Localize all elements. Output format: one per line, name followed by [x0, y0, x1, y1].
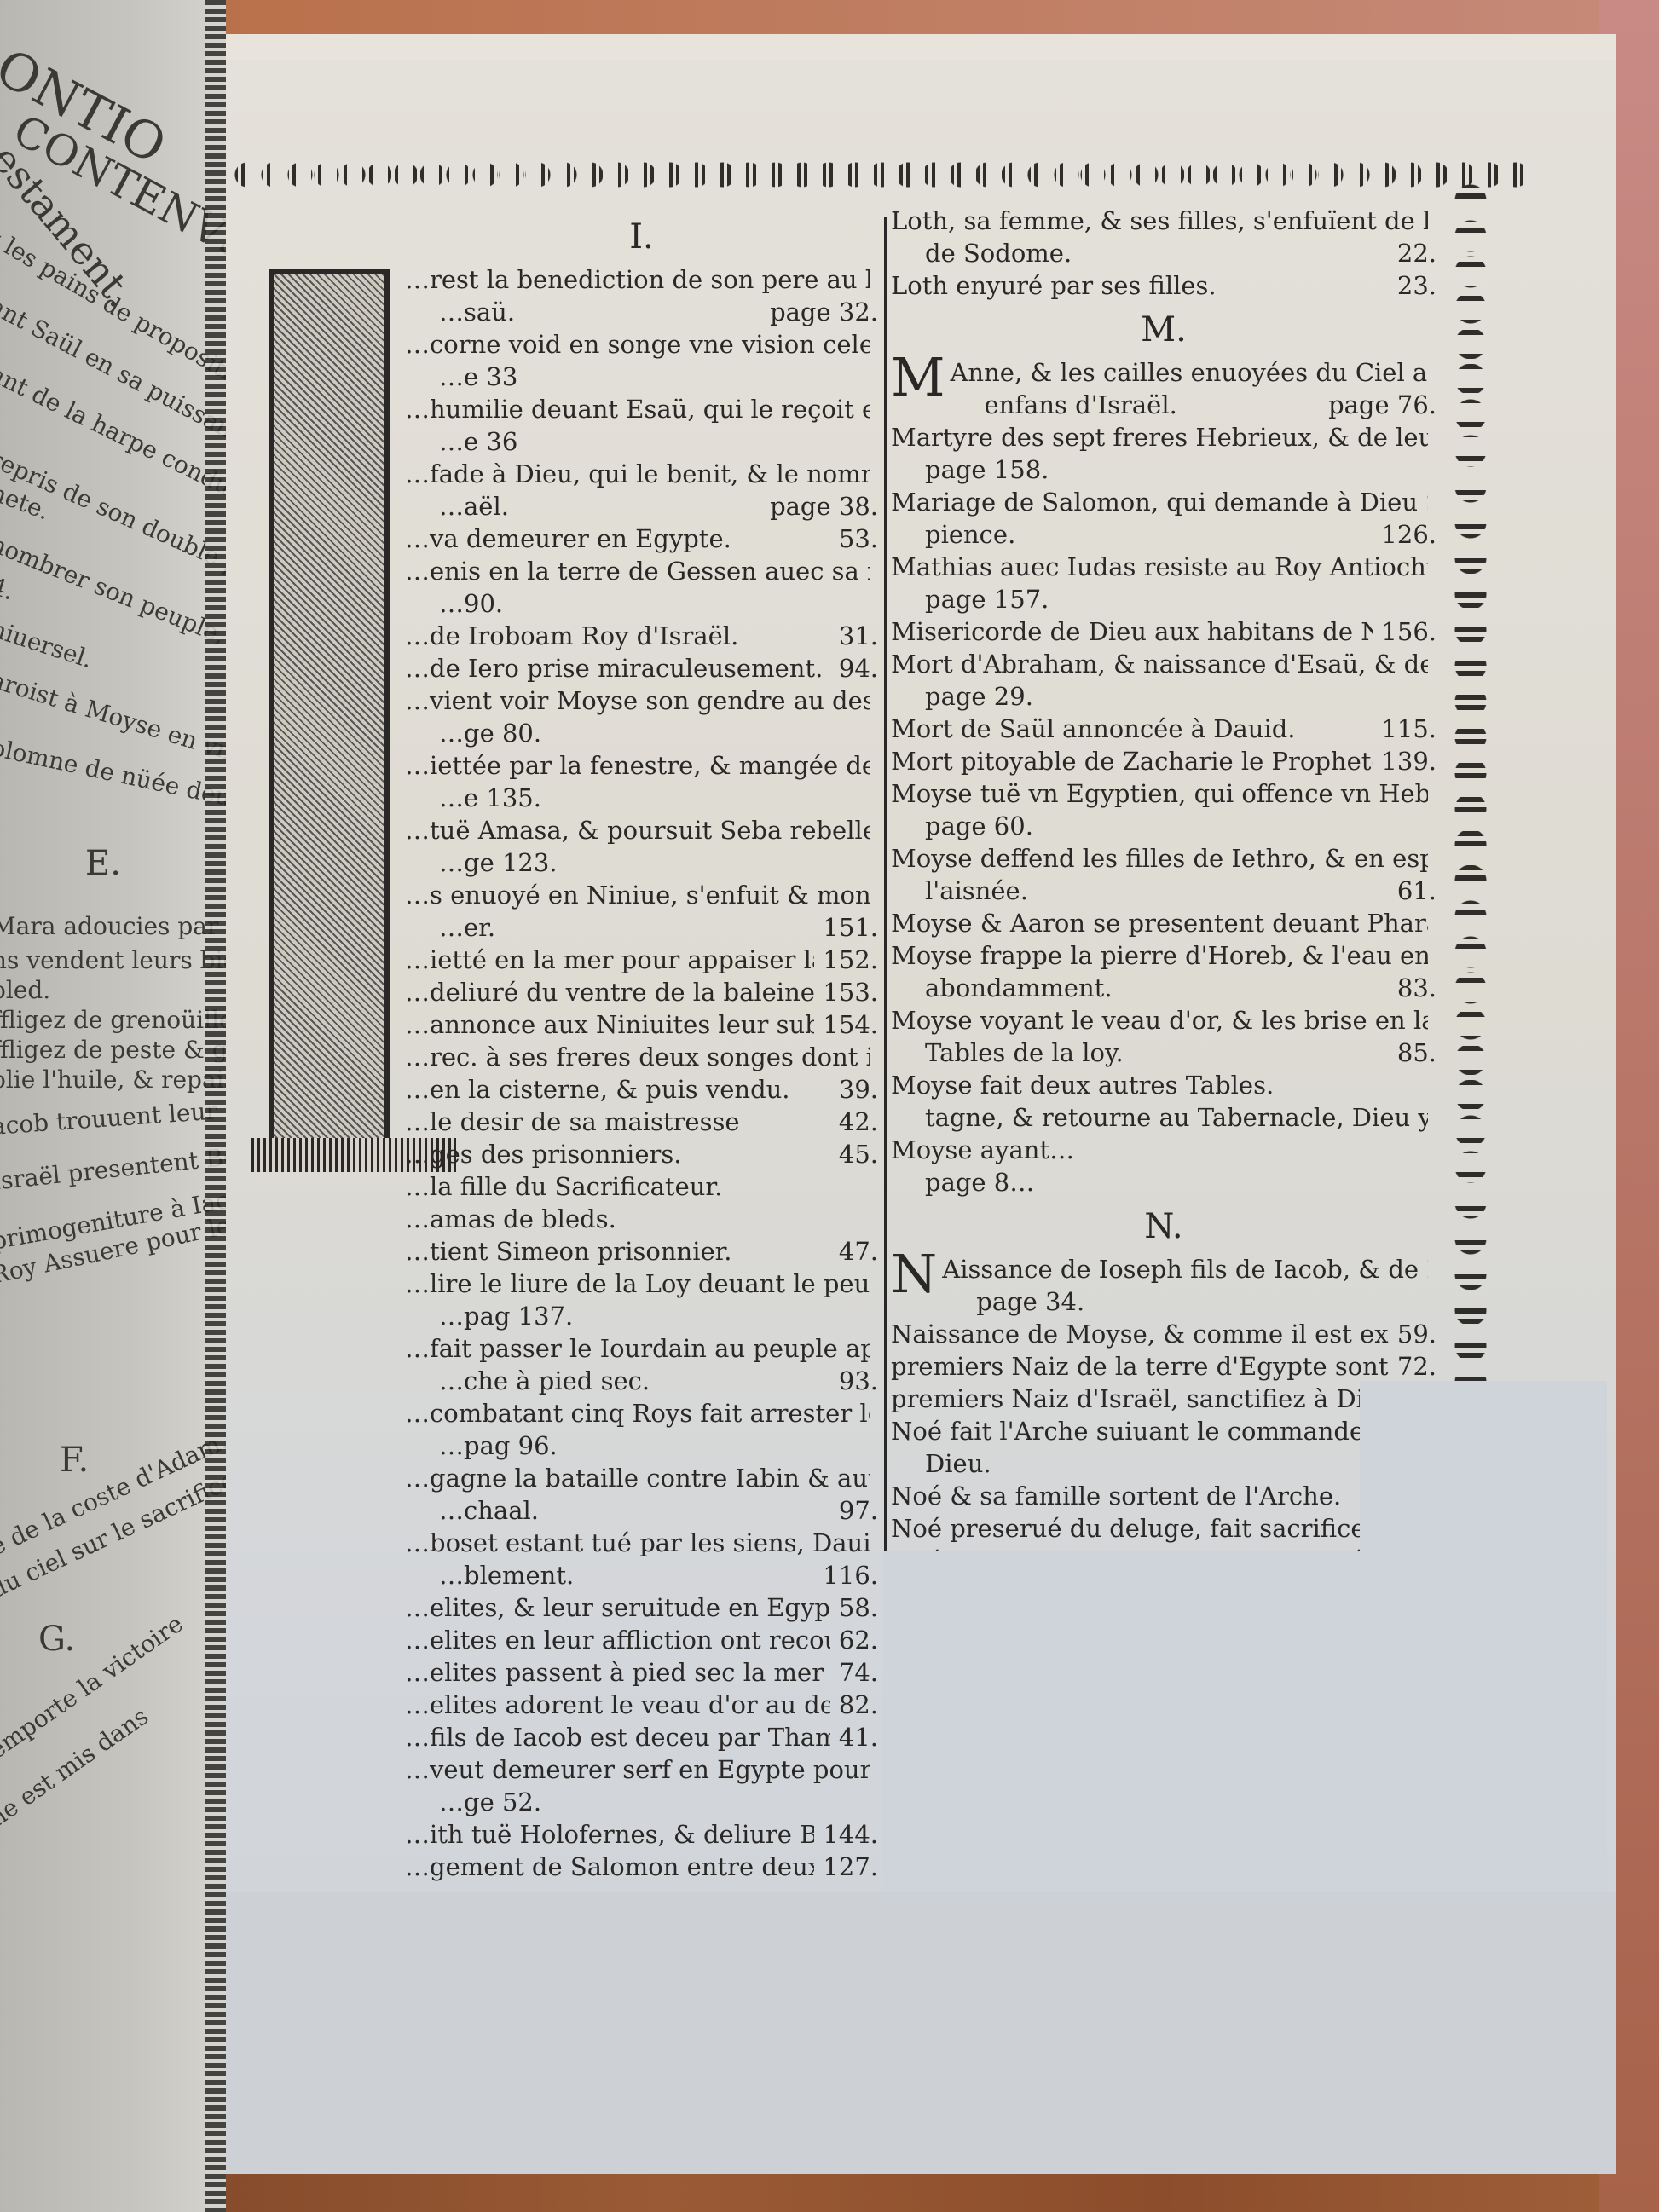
index-entry: Moyse voyant le veau d'or, & les brise e…: [891, 1004, 1436, 1037]
entry-text: …e 36: [439, 425, 517, 458]
entry-text: Martyre des sept freres Hebrieux, & de l…: [891, 421, 1428, 453]
index-entry: …saü.page 32.: [405, 296, 878, 328]
entry-page-number: page 32.: [761, 296, 878, 328]
index-entry: …ges des prisonniers.45.: [405, 1138, 878, 1170]
entry-text: …de Iero prise miraculeusement.: [405, 652, 823, 684]
entry-text: Dieu.: [925, 1447, 991, 1480]
entry-page-number: 144.: [814, 1818, 878, 1851]
entry-page-number: 152.: [814, 944, 878, 976]
index-entry: …elites passent à pied sec la mer rouge.…: [405, 1656, 878, 1689]
entry-text: page 34.: [976, 1285, 1084, 1318]
column-i: I. …rest la benediction de son pere au l…: [405, 209, 878, 1951]
index-entry: Moyse & Aaron se presentent deuant Phara…: [891, 907, 1436, 939]
index-entry: de Sodome.22.: [891, 237, 1436, 269]
index-entry: Moyse fait deux autres Tables.: [891, 1069, 1436, 1101]
index-entry: …elites adorent le veau d'or au desert.8…: [405, 1689, 878, 1721]
index-entry: …enis en la terre de Gessen auec sa fami…: [405, 555, 878, 587]
entry-page-number: [870, 814, 878, 846]
entry-page-number: 22.: [1389, 237, 1436, 269]
entry-page-number: [1428, 356, 1436, 389]
page-top-edge: [226, 34, 1616, 60]
index-entry: …veut demeurer serf en Egypte pour Benja…: [405, 1753, 878, 1786]
index-entry: …elites en leur affliction ont recours à…: [405, 1624, 878, 1656]
entry-page-number: [1428, 939, 1436, 972]
entry-page-number: 153.: [814, 976, 878, 1008]
entry-page-number: page 38.: [761, 490, 878, 523]
left-line: oled.: [0, 976, 50, 1004]
index-entry: …de Iroboam Roy d'Israël.31.: [405, 620, 878, 652]
entry-text: premiers Naiz de la terre d'Egypte sont …: [891, 1350, 1389, 1383]
entry-text: …fils de Iacob est deceu par Thamar.: [405, 1721, 830, 1753]
entry-text: …fait passer le Iourdain au peuple apres…: [405, 1332, 870, 1365]
entry-text: …enis en la terre de Gessen auec sa fami…: [405, 555, 870, 587]
entry-text: …boset estant tué par les siens, Dauid r…: [405, 1527, 870, 1559]
entry-page-number: [870, 555, 878, 587]
entry-page-number: page 76.: [1320, 389, 1436, 421]
entry-page-number: [1428, 907, 1436, 939]
section-m: M Anne, & les cailles enuoyées du Ciel a…: [891, 356, 1436, 1198]
entry-page-number: 83.: [1389, 972, 1436, 1004]
entry-text: Moyse voyant le veau d'or, & les brise e…: [891, 1004, 1428, 1037]
index-entry: Mort pitoyable de Zacharie le Prophete.1…: [891, 745, 1436, 777]
entry-page-number: [1428, 777, 1436, 810]
index-entry: …e 36: [405, 425, 878, 458]
index-entry: …gagne la bataille contre Iabin & autres…: [405, 1462, 878, 1494]
repair-paper-bottom: [226, 1892, 1616, 2174]
entry-page-number: [1428, 421, 1436, 453]
index-entry: …ge 123.: [405, 846, 878, 879]
index-entry: …che à pied sec.93.: [405, 1365, 878, 1397]
entry-text: premiers Naiz d'Israël, sanctifiez à Die…: [891, 1383, 1389, 1415]
entry-text: page 157.: [925, 583, 1049, 615]
entry-text: …va demeurer en Egypte.: [405, 523, 731, 555]
column-i-entries: …rest la benediction de son pere au lieu…: [405, 263, 878, 1883]
entry-page-number: [1428, 486, 1436, 518]
entry-text: page 8…: [925, 1166, 1034, 1198]
entry-page-number: [870, 263, 878, 296]
entry-text: …s enuoyé en Niniue, s'enfuit & monte su…: [405, 879, 870, 911]
index-entry: Tables de la loy.85.: [891, 1037, 1436, 1069]
entry-page-number: [1428, 1101, 1436, 1134]
entry-text: …tuë Amasa, & poursuit Seba rebelle au R…: [405, 814, 870, 846]
left-facing-page: ONTIO CONTENVS estament. t les pains de …: [0, 0, 226, 2212]
entry-page-number: [870, 1300, 878, 1332]
entry-text: …de Iroboam Roy d'Israël.: [405, 620, 738, 652]
index-entry: page 157.: [891, 583, 1436, 615]
left-page-ornamental-border: [205, 0, 226, 2212]
entry-text: …90.: [439, 587, 503, 620]
section-heading-n: N.: [891, 1210, 1436, 1243]
entry-page-number: 156.: [1373, 615, 1436, 648]
index-entry: …corne void en songe vne vision celeste.: [405, 328, 878, 361]
left-section-letter-f: F.: [60, 1441, 89, 1480]
entry-page-number: [1428, 1004, 1436, 1037]
entry-page-number: [870, 361, 878, 393]
entry-page-number: 41.: [830, 1721, 878, 1753]
index-page: I. …rest la benediction de son pere au l…: [226, 34, 1616, 2174]
index-entry: Noé fait l'Arche suiuant le commandement…: [891, 1415, 1436, 1447]
index-entry: Martyre des sept freres Hebrieux, & de l…: [891, 421, 1436, 453]
index-entry: Moyse frappe la pierre d'Horeb, & l'eau …: [891, 939, 1436, 972]
entry-text: …vient voir Moyse son gendre au desert.: [405, 684, 870, 717]
woodcut-illustration: [269, 269, 390, 1148]
entry-text: …ge 123.: [439, 846, 558, 879]
index-entry: …tient Simeon prisonnier.47.: [405, 1235, 878, 1268]
entry-text: Moyse fait deux autres Tables.: [891, 1069, 1274, 1101]
entry-page-number: [870, 717, 878, 749]
index-entry: Aissance de Ioseph fils de Iacob, & de R…: [942, 1253, 1436, 1285]
index-entry: …fils de Iacob est deceu par Thamar.41.: [405, 1721, 878, 1753]
entry-text: …veut demeurer serf en Egypte pour Benja…: [405, 1753, 870, 1786]
index-entry: Mathias auec Iudas resiste au Roy Antioc…: [891, 551, 1436, 583]
entry-text: …pag 96.: [439, 1429, 558, 1462]
entry-text: Misericorde de Dieu aux habitans de Nini…: [891, 615, 1373, 648]
entry-text: …rest la benediction de son pere au lieu: [405, 263, 870, 296]
left-line: 4.: [0, 572, 18, 606]
repair-paper-patch: [882, 1551, 1607, 1909]
entry-text: …e 33: [439, 361, 517, 393]
dropcap-m: M: [891, 356, 945, 399]
index-entry: …e 33: [405, 361, 878, 393]
entry-page-number: [1428, 1134, 1436, 1166]
entry-text: …lire le liure de la Loy deuant le peupl…: [405, 1268, 870, 1300]
entry-page-number: 58.: [830, 1591, 878, 1624]
index-entry: tagne, & retourne au Tabernacle, Dieu y …: [891, 1101, 1436, 1134]
entry-page-number: [1428, 551, 1436, 583]
index-entry: …va demeurer en Egypte.53.: [405, 523, 878, 555]
entry-text: …blement.: [439, 1559, 574, 1591]
left-line: Mara adoucies par Moyse.: [0, 912, 226, 940]
index-entry: …rec. à ses freres deux songes dont ils …: [405, 1041, 878, 1073]
entry-text: page 60.: [925, 810, 1033, 842]
entry-page-number: 97.: [830, 1494, 878, 1527]
entry-text: …annonce aux Niniuites leur subuersion.: [405, 1008, 814, 1041]
index-entry: Mort d'Abraham, & naissance d'Esaü, & de…: [891, 648, 1436, 680]
index-entry: Loth, sa femme, & ses filles, s'enfuïent…: [891, 205, 1436, 237]
index-entry: …fait passer le Iourdain au peuple apres…: [405, 1332, 878, 1365]
entry-text: …er.: [439, 911, 495, 944]
index-entry: …en la cisterne, & puis vendu.39.: [405, 1073, 878, 1106]
entry-page-number: 85.: [1389, 1037, 1436, 1069]
entry-text: Anne, & les cailles enuoyées du Ciel aux: [950, 356, 1428, 389]
entry-text: …ge 52.: [439, 1786, 541, 1818]
left-line: niuersel.: [0, 615, 96, 674]
entry-text: de Sodome.: [925, 237, 1072, 269]
entry-page-number: 31.: [830, 620, 878, 652]
entry-text: …elites adorent le veau d'or au desert.: [405, 1689, 830, 1721]
entry-text: …ge 80.: [439, 717, 541, 749]
index-entry: …90.: [405, 587, 878, 620]
entry-page-number: [1428, 842, 1436, 875]
entry-text: Mort de Saül annoncée à Dauid.: [891, 713, 1296, 745]
entry-page-number: [870, 1203, 878, 1235]
repair-paper-patch: [1360, 1381, 1607, 1568]
entry-text: …chaal.: [439, 1494, 539, 1527]
entry-page-number: [870, 1462, 878, 1494]
entry-text: Noé preserué du deluge, fait sacrifice à…: [891, 1512, 1389, 1545]
column-m-entries: Anne, & les cailles enuoyées du Ciel aux…: [891, 356, 1436, 1198]
index-entry: …gement de Salomon entre deux paillardes…: [405, 1851, 878, 1883]
entry-text: …elites en leur affliction ont recours à…: [405, 1624, 830, 1656]
entry-text: …fade à Dieu, qui le benit, & le nomme: [405, 458, 870, 490]
index-entry: …ietté en la mer pour appaiser la tempes…: [405, 944, 878, 976]
index-entry: …le desir de sa maistresse42.: [405, 1106, 878, 1138]
index-entry: …aël.page 38.: [405, 490, 878, 523]
entry-page-number: 23.: [1389, 269, 1436, 302]
entry-page-number: 115.: [1373, 713, 1436, 745]
index-entry: page 158.: [891, 453, 1436, 486]
entry-text: …tient Simeon prisonnier.: [405, 1235, 732, 1268]
entry-text: tagne, & retourne au Tabernacle, Dieu y …: [925, 1101, 1428, 1134]
entry-text: …aël.: [439, 490, 509, 523]
index-entry: abondamment.83.: [891, 972, 1436, 1004]
index-entry: Mariage de Salomon, qui demande à Dieu S…: [891, 486, 1436, 518]
entry-text: …en la cisterne, & puis vendu.: [405, 1073, 790, 1106]
index-entry: page 8…: [891, 1166, 1436, 1198]
entry-page-number: [870, 1041, 878, 1073]
entry-page-number: [870, 458, 878, 490]
index-entry: Misericorde de Dieu aux habitans de Nini…: [891, 615, 1436, 648]
entry-text: …deliuré du ventre de la baleine: [405, 976, 814, 1008]
entry-page-number: [1428, 1069, 1436, 1101]
left-section-letter-e: E.: [85, 844, 121, 883]
index-entry: …deliuré du ventre de la baleine153.: [405, 976, 878, 1008]
entry-page-number: [1428, 680, 1436, 713]
section-heading-m: M.: [891, 314, 1436, 346]
entry-text: Naissance de Moyse, & comme il est expos…: [891, 1318, 1389, 1350]
entry-page-number: [1428, 583, 1436, 615]
entry-page-number: [870, 846, 878, 879]
entry-page-number: [1428, 810, 1436, 842]
entry-page-number: 61.: [1389, 875, 1436, 907]
index-entry: …pag 137.: [405, 1300, 878, 1332]
entry-text: …ietté en la mer pour appaiser la tempes…: [405, 944, 814, 976]
entry-page-number: [1428, 648, 1436, 680]
left-line: ffligez de grenoüilles.: [0, 1006, 226, 1034]
entry-text: Noé & sa famille sortent de l'Arche.: [891, 1480, 1341, 1512]
entry-page-number: 45.: [830, 1138, 878, 1170]
entry-page-number: 154.: [814, 1008, 878, 1041]
index-entry: …vient voir Moyse son gendre au desert.: [405, 684, 878, 717]
entry-text: …humilie deuant Esaü, qui le reçoit en g…: [405, 393, 870, 425]
entry-text: enfans d'Israël.: [984, 389, 1176, 421]
left-line: olie l'huile, & repaist plusieurs: [0, 1066, 226, 1094]
entry-page-number: 126.: [1373, 518, 1436, 551]
index-entry: Anne, & les cailles enuoyées du Ciel aux: [950, 356, 1436, 389]
left-line: acob trouuent leur argent dans: [0, 1086, 226, 1141]
entry-text: page 158.: [925, 453, 1049, 486]
entry-text: Moyse deffend les filles de Iethro, & en…: [891, 842, 1428, 875]
entry-page-number: [1428, 205, 1436, 237]
entry-text: Mort d'Abraham, & naissance d'Esaü, & de…: [891, 648, 1428, 680]
entry-text: …la fille du Sacrificateur.: [405, 1170, 722, 1203]
left-line: ns vendent leurs biens au Roy: [0, 946, 226, 974]
entry-text: pience.: [925, 518, 1015, 551]
entry-text: Loth, sa femme, & ses filles, s'enfuïent…: [891, 205, 1428, 237]
index-entry: pience.126.: [891, 518, 1436, 551]
index-entry: enfans d'Israël.page 76.: [950, 389, 1436, 421]
entry-page-number: 59.: [1389, 1318, 1436, 1350]
index-entry: …pag 96.: [405, 1429, 878, 1462]
entry-page-number: 139.: [1373, 745, 1436, 777]
entry-page-number: [870, 1170, 878, 1203]
entry-page-number: [870, 684, 878, 717]
entry-text: Tables de la loy.: [925, 1037, 1124, 1069]
entry-page-number: 62.: [830, 1624, 878, 1656]
entry-page-number: 151.: [814, 911, 878, 944]
index-entry: …de Iero prise miraculeusement.94.: [405, 652, 878, 684]
entry-page-number: [870, 782, 878, 814]
index-entry: Moyse deffend les filles de Iethro, & en…: [891, 842, 1436, 875]
entry-page-number: 72.: [1389, 1350, 1436, 1383]
index-entry: page 60.: [891, 810, 1436, 842]
entry-text: Loth enyuré par ses filles.: [891, 269, 1217, 302]
entry-text: Moyse tuë vn Egyptien, qui offence vn He…: [891, 777, 1428, 810]
entry-text: …saü.: [439, 296, 515, 328]
entry-page-number: [870, 1397, 878, 1429]
dropcap-n: N: [891, 1253, 937, 1296]
column-l-entries: Loth, sa femme, & ses filles, s'enfuïent…: [891, 205, 1436, 302]
index-entry: …fade à Dieu, qui le benit, & le nomme: [405, 458, 878, 490]
entry-page-number: [870, 587, 878, 620]
entry-text: l'aisnée.: [925, 875, 1028, 907]
entry-text: Noé fait l'Arche suiuant le commandement…: [891, 1415, 1428, 1447]
entry-text: …amas de bleds.: [405, 1203, 616, 1235]
index-entry: …humilie deuant Esaü, qui le reçoit en g…: [405, 393, 878, 425]
entry-text: Moyse & Aaron se presentent deuant Phara…: [891, 907, 1428, 939]
entry-page-number: [1428, 453, 1436, 486]
index-entry: Loth enyuré par ses filles.23.: [891, 269, 1436, 302]
entry-page-number: [1428, 1253, 1436, 1285]
index-entry: Noé & sa famille sortent de l'Arche.11.: [891, 1480, 1436, 1512]
index-entry: …lire le liure de la Loy deuant le peupl…: [405, 1268, 878, 1300]
entry-text: …iettée par la fenestre, & mangée des ch…: [405, 749, 870, 782]
entry-page-number: 53.: [830, 523, 878, 555]
index-entry: …boset estant tué par les siens, Dauid r…: [405, 1527, 878, 1559]
entry-text: …ith tuë Holofernes, & deliure Bethulie.: [405, 1818, 814, 1851]
index-entry: …combatant cinq Roys fait arrester le So…: [405, 1397, 878, 1429]
entry-text: …gement de Salomon entre deux paillardes…: [405, 1851, 814, 1883]
entry-text: …gagne la bataille contre Iabin & autres…: [405, 1462, 870, 1494]
index-entry: Noé preserué du deluge, fait sacrifice à…: [891, 1512, 1436, 1545]
entry-page-number: [870, 393, 878, 425]
index-entry: …amas de bleds.: [405, 1203, 878, 1235]
index-entry: …chaal.97.: [405, 1494, 878, 1527]
left-line: Israël presentent Benjamin à: [0, 1131, 226, 1196]
index-entry: …er.151.: [405, 911, 878, 944]
left-line: ffligez de peste & gresle.: [0, 1036, 226, 1064]
entry-page-number: [870, 1429, 878, 1462]
entry-page-number: 127.: [814, 1851, 878, 1883]
index-entry: Moyse tuë vn Egyptien, qui offence vn He…: [891, 777, 1436, 810]
entry-text: Mariage de Salomon, qui demande à Dieu S…: [891, 486, 1428, 518]
index-entry: …ge 80.: [405, 717, 878, 749]
index-entry: premiers Naiz d'Israël, sanctifiez à Die…: [891, 1383, 1436, 1415]
entry-page-number: [870, 1527, 878, 1559]
entry-page-number: 47.: [830, 1235, 878, 1268]
entry-text: Mathias auec Iudas resiste au Roy Antioc…: [891, 551, 1428, 583]
entry-text: …rec. à ses freres deux songes dont ils …: [405, 1041, 870, 1073]
entry-page-number: [870, 1332, 878, 1365]
entry-text: …pag 137.: [439, 1300, 573, 1332]
entry-text: …corne void en songe vne vision celeste.: [405, 328, 870, 361]
ornamental-border-top: [234, 149, 1539, 196]
entry-page-number: 82.: [830, 1689, 878, 1721]
section-heading-i: I.: [405, 221, 878, 253]
entry-text: …le desir de sa maistresse: [405, 1106, 740, 1138]
entry-text: …combatant cinq Roys fait arrester le So…: [405, 1397, 870, 1429]
index-entry: Mort de Saül annoncée à Dauid.115.: [891, 713, 1436, 745]
entry-page-number: [870, 1268, 878, 1300]
entry-page-number: 116.: [814, 1559, 878, 1591]
index-entry: Moyse ayant…: [891, 1134, 1436, 1166]
entry-page-number: [1428, 1166, 1436, 1198]
entry-page-number: 42.: [830, 1106, 878, 1138]
index-entry: Dieu.9.: [891, 1447, 1436, 1480]
index-entry: page 34.: [942, 1285, 1436, 1318]
entry-text: …e 135.: [439, 782, 541, 814]
index-entry: …annonce aux Niniuites leur subuersion.1…: [405, 1008, 878, 1041]
index-entry: …e 135.: [405, 782, 878, 814]
entry-page-number: 39.: [830, 1073, 878, 1106]
index-entry: …ge 52.: [405, 1786, 878, 1818]
index-entry: l'aisnée.61.: [891, 875, 1436, 907]
entry-page-number: 74.: [830, 1656, 878, 1689]
index-entry: …s enuoyé en Niniue, s'enfuit & monte su…: [405, 879, 878, 911]
table-strip-top: [222, 0, 1659, 38]
entry-text: …elites passent à pied sec la mer rouge.: [405, 1656, 830, 1689]
entry-text: Moyse frappe la pierre d'Horeb, & l'eau …: [891, 939, 1428, 972]
entry-text: Moyse ayant…: [891, 1134, 1074, 1166]
left-section-letter-g: G.: [38, 1620, 75, 1659]
entry-page-number: [870, 328, 878, 361]
entry-text: …elites, & leur seruitude en Egypte.: [405, 1591, 830, 1624]
index-entry: …elites, & leur seruitude en Egypte.58.: [405, 1591, 878, 1624]
entry-page-number: 93.: [830, 1365, 878, 1397]
index-entry: …rest la benediction de son pere au lieu: [405, 263, 878, 296]
entry-page-number: [870, 1753, 878, 1786]
index-entry: premiers Naiz de la terre d'Egypte sont …: [891, 1350, 1436, 1383]
index-entry: page 29.: [891, 680, 1436, 713]
entry-page-number: [870, 879, 878, 911]
entry-page-number: [870, 425, 878, 458]
index-entry: …blement.116.: [405, 1559, 878, 1591]
entry-page-number: [870, 749, 878, 782]
index-entry: Naissance de Moyse, & comme il est expos…: [891, 1318, 1436, 1350]
index-entry: …iettée par la fenestre, & mangée des ch…: [405, 749, 878, 782]
entry-page-number: 94.: [830, 652, 878, 684]
entry-page-number: [870, 1786, 878, 1818]
entry-text: Aissance de Ioseph fils de Iacob, & de R…: [942, 1253, 1428, 1285]
entry-text: …ges des prisonniers.: [405, 1138, 681, 1170]
index-entry: …ith tuë Holofernes, & deliure Bethulie.…: [405, 1818, 878, 1851]
entry-text: page 29.: [925, 680, 1033, 713]
index-entry: …la fille du Sacrificateur.: [405, 1170, 878, 1203]
entry-text: Mort pitoyable de Zacharie le Prophete.: [891, 745, 1373, 777]
entry-text: abondamment.: [925, 972, 1113, 1004]
entry-text: …che à pied sec.: [439, 1365, 650, 1397]
index-entry: …tuë Amasa, & poursuit Seba rebelle au R…: [405, 814, 878, 846]
entry-page-number: [1428, 1285, 1436, 1318]
